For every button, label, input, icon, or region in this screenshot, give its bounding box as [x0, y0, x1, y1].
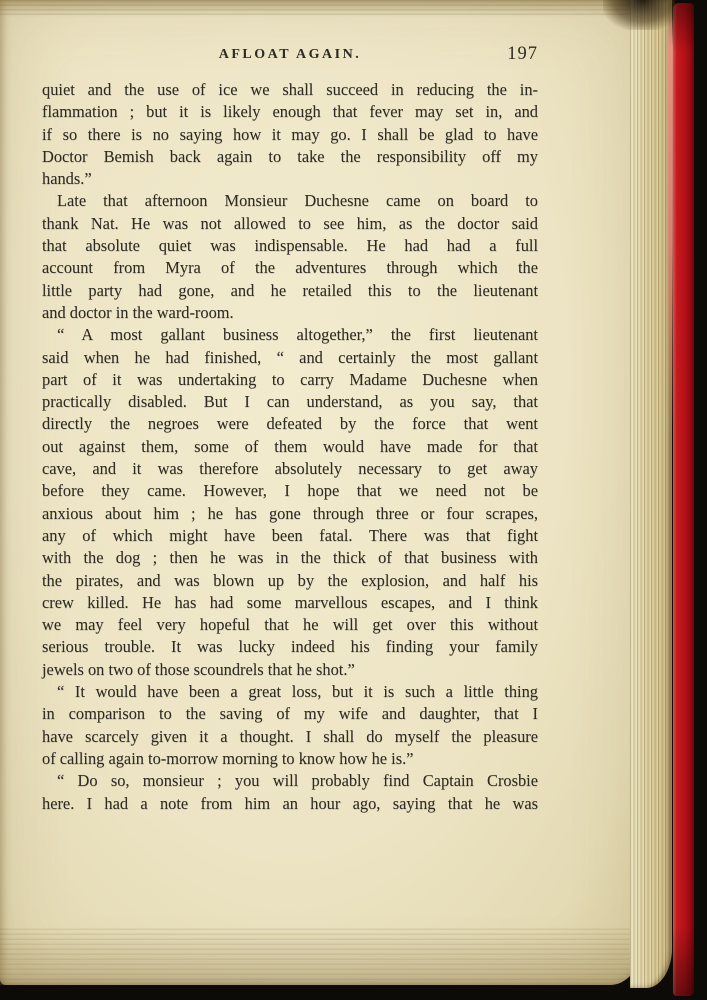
top-edge-shadow — [603, 0, 675, 30]
text-line: account from Myra of the adventures thro… — [42, 257, 538, 279]
book-page: AFLOAT AGAIN. 197 quiet and the use of i… — [0, 0, 640, 985]
text-line: hands.” — [42, 168, 538, 190]
text-line: quiet and the use of ice we shall succee… — [42, 79, 538, 101]
text-line: said when he had finished, “ and certain… — [42, 347, 538, 369]
text-line: out against them, some of them would hav… — [42, 436, 538, 458]
text-line: if so there is no saying how it may go. … — [42, 124, 538, 146]
text-line: practically disabled. But I can understa… — [42, 391, 538, 413]
text-line: crew killed. He has had some marvellous … — [42, 592, 538, 614]
text-line: part of it was undertaking to carry Mada… — [42, 369, 538, 391]
paragraph: “ Do so, monsieur ; you will probably fi… — [42, 770, 538, 815]
surface-highlight-line — [55, 981, 487, 986]
paragraph: Late that afternoon Monsieur Duchesne ca… — [42, 190, 538, 324]
text-line: directly the negroes were defeated by th… — [42, 413, 538, 435]
text-line: before they came. However, I hope that w… — [42, 480, 538, 502]
book-photo: AFLOAT AGAIN. 197 quiet and the use of i… — [0, 0, 707, 1000]
text-line: little party had gone, and he retailed t… — [42, 280, 538, 302]
text-line: “ It would have been a great loss, but i… — [42, 681, 538, 703]
text-line: with the dog ; then he was in the thick … — [42, 547, 538, 569]
page-header: AFLOAT AGAIN. 197 — [42, 47, 538, 67]
text-line: and doctor in the ward-room. — [42, 302, 538, 324]
book-cover-red — [673, 3, 694, 996]
text-line: serious trouble. It was lucky indeed his… — [42, 636, 538, 658]
text-line: in comparison to the saving of my wife a… — [42, 703, 538, 725]
page-top-edge — [0, 0, 640, 17]
text-line: any of which might have been fatal. Ther… — [42, 525, 538, 547]
text-line: the pirates, and was blown up by the exp… — [42, 570, 538, 592]
text-line: Doctor Bemish back again to take the res… — [42, 146, 538, 168]
text-line: we may feel very hopeful that he will ge… — [42, 614, 538, 636]
text-line: anxious about him ; he has gone through … — [42, 503, 538, 525]
running-title: AFLOAT AGAIN. — [42, 47, 538, 63]
text-line: of calling again to-morrow morning to kn… — [42, 748, 538, 770]
text-line: cave, and it was therefore absolutely ne… — [42, 458, 538, 480]
page-fore-edge — [630, 0, 672, 988]
text-line: flammation ; but it is likely enough tha… — [42, 101, 538, 123]
paragraph: quiet and the use of ice we shall succee… — [42, 79, 538, 190]
page-bottom-edge — [0, 927, 640, 985]
text-line: “ Do so, monsieur ; you will probably fi… — [42, 770, 538, 792]
text-line: “ A most gallant business altogether,” t… — [42, 324, 538, 346]
text-line: Late that afternoon Monsieur Duchesne ca… — [42, 190, 538, 212]
text-line: have scarcely given it a thought. I shal… — [42, 726, 538, 748]
paragraph: “ A most gallant business altogether,” t… — [42, 324, 538, 681]
text-block: quiet and the use of ice we shall succee… — [42, 79, 538, 815]
text-line: that absolute quiet was indispensable. H… — [42, 235, 538, 257]
text-line: jewels on two of those scoundrels that h… — [42, 659, 538, 681]
text-line: thank Nat. He was not allowed to see him… — [42, 213, 538, 235]
text-line: here. I had a note from him an hour ago,… — [42, 793, 538, 815]
page-number: 197 — [507, 44, 538, 65]
paragraph: “ It would have been a great loss, but i… — [42, 681, 538, 770]
